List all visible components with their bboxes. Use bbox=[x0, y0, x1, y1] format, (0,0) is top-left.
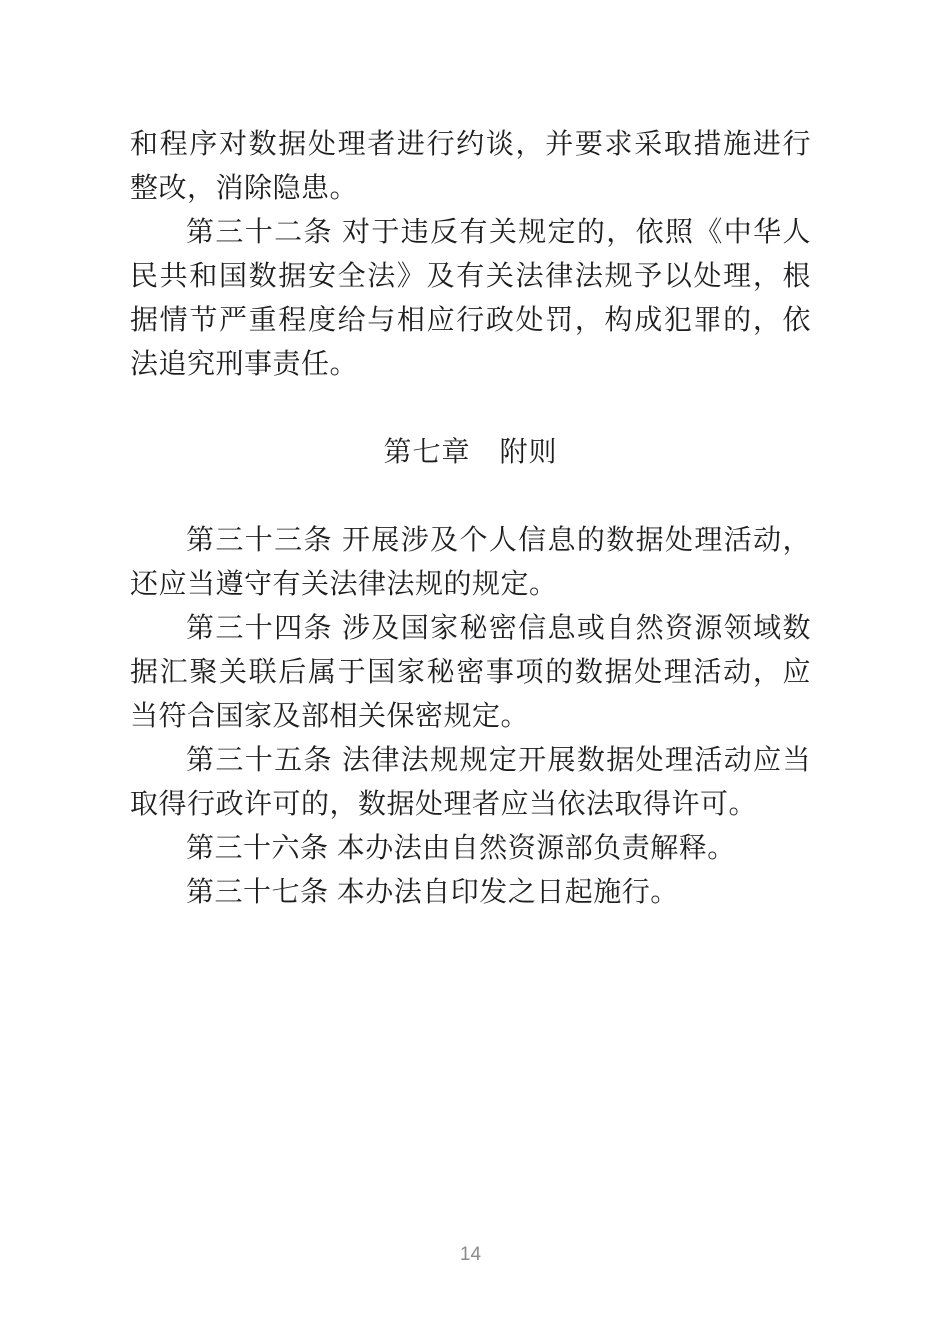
document-page: 和程序对数据处理者进行约谈，并要求采取措施进行整改，消除隐患。 第三十二条 对于… bbox=[0, 0, 941, 1331]
article-37-paragraph: 第三十七条 本办法自印发之日起施行。 bbox=[130, 870, 811, 914]
article-35-paragraph: 第三十五条 法律法规规定开展数据处理活动应当取得行政许可的，数据处理者应当依法取… bbox=[130, 738, 811, 826]
article-36-paragraph: 第三十六条 本办法由自然资源部负责解释。 bbox=[130, 826, 811, 870]
document-body: 和程序对数据处理者进行约谈，并要求采取措施进行整改，消除隐患。 第三十二条 对于… bbox=[130, 122, 811, 914]
article-32-paragraph: 第三十二条 对于违反有关规定的，依照《中华人民共和国数据安全法》及有关法律法规予… bbox=[130, 210, 811, 386]
page-number: 14 bbox=[130, 1243, 811, 1267]
chapter-7-heading: 第七章 附则 bbox=[130, 430, 811, 474]
article-34-paragraph: 第三十四条 涉及国家秘密信息或自然资源领域数据汇聚关联后属于国家秘密事项的数据处… bbox=[130, 606, 811, 738]
article-33-paragraph: 第三十三条 开展涉及个人信息的数据处理活动，还应当遵守有关法律法规的规定。 bbox=[130, 518, 811, 606]
paragraph-continuation: 和程序对数据处理者进行约谈，并要求采取措施进行整改，消除隐患。 bbox=[130, 122, 811, 210]
